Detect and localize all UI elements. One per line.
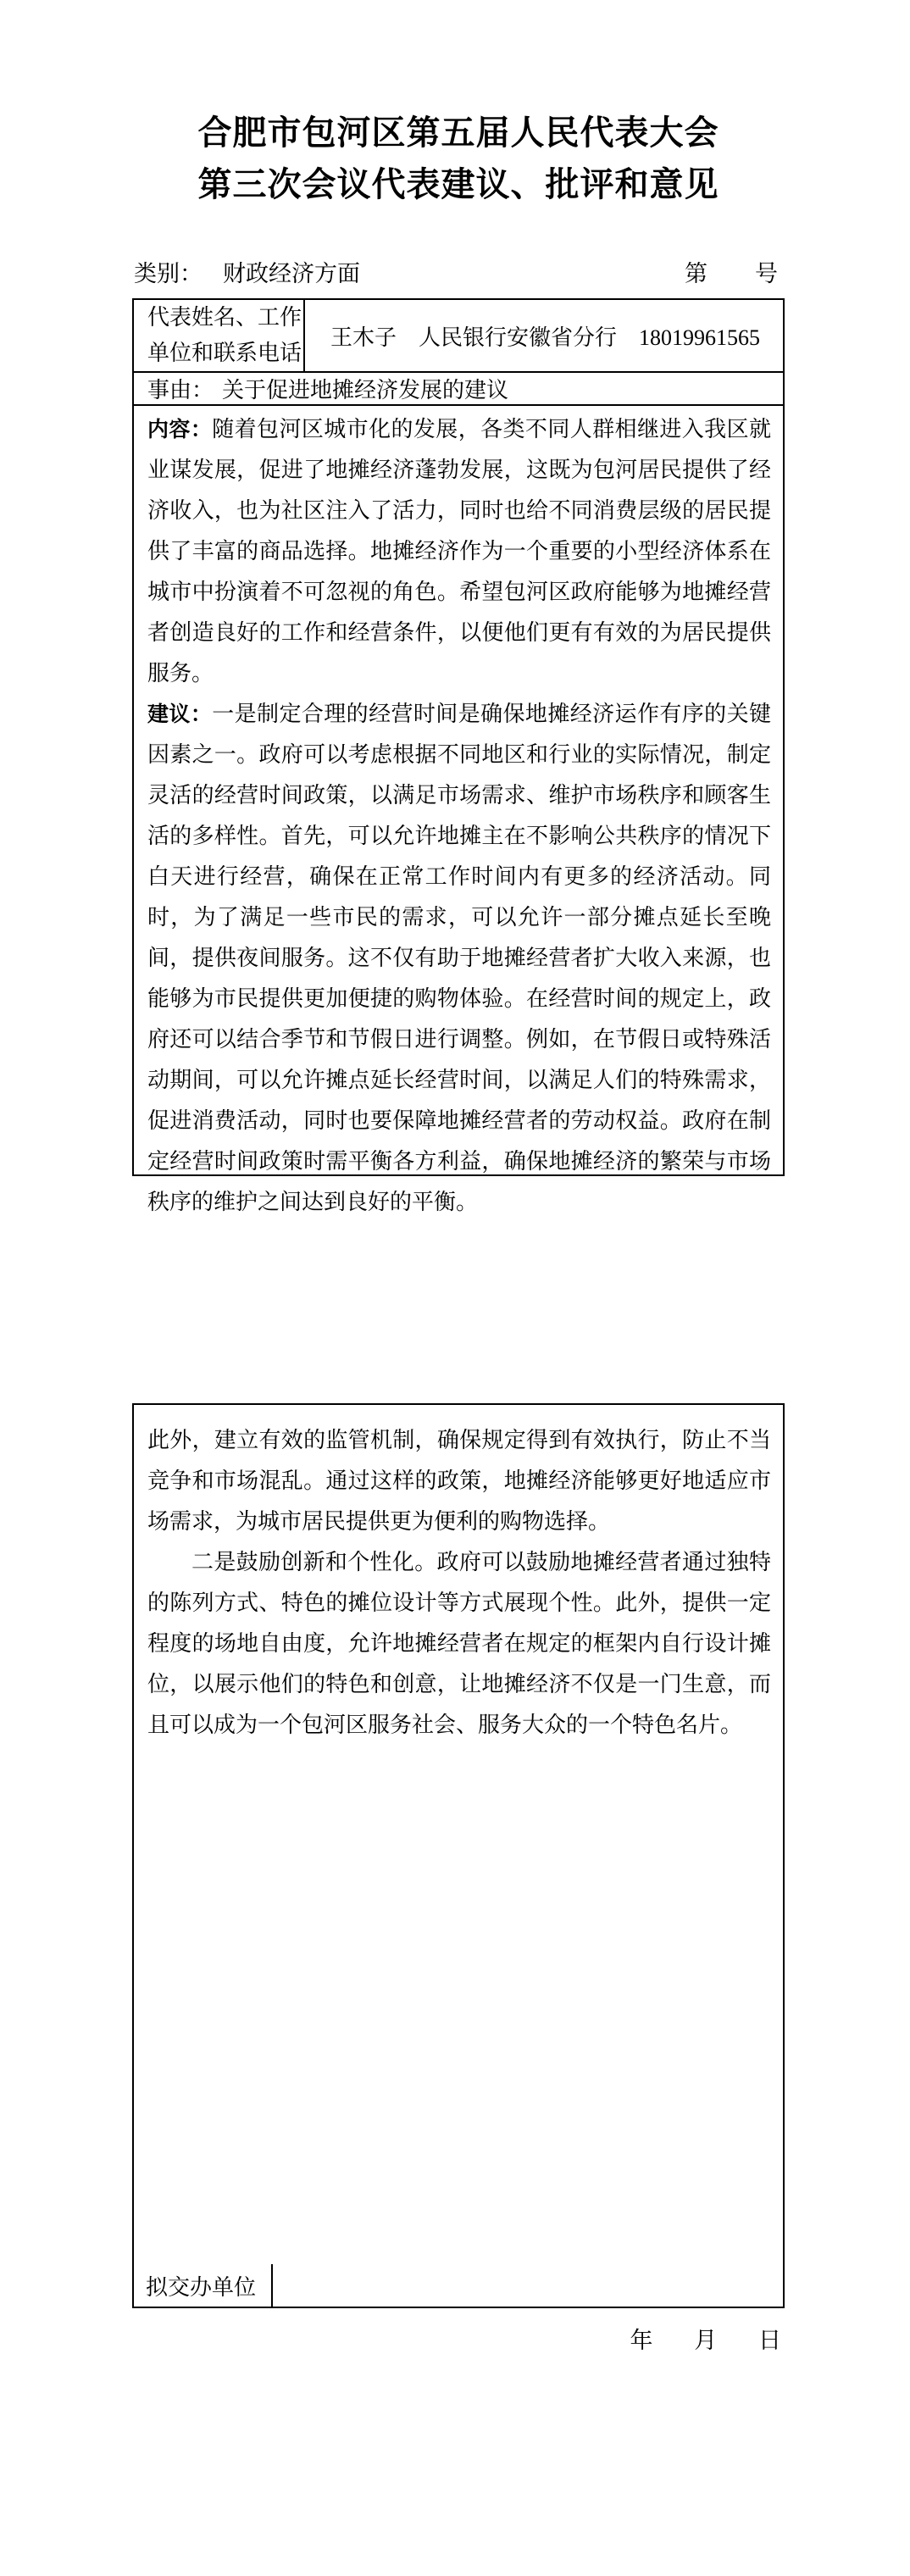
content-cell: 内容：随着包河区城市化的发展，各类不同人群相继进入我区就业谋发展，促进了地摊经济…	[134, 404, 783, 1228]
continuation-table: 此外，建立有效的监管机制，确保规定得到有效执行，防止不当竞争和市场混乱。通过这样…	[132, 1403, 785, 2308]
continuation-paragraph-1: 此外，建立有效的监管机制，确保规定得到有效执行，防止不当竞争和市场混乱。通过这样…	[147, 1420, 771, 1542]
document-number-field: 第号	[685, 259, 778, 288]
date-month-label: 月	[694, 2322, 717, 2355]
category-label: 类别：	[134, 261, 203, 286]
date-year-label: 年	[630, 2322, 653, 2355]
category-value: 财政经济方面	[223, 261, 360, 286]
representative-value-cell: 王木子 人民银行安徽省分行 18019961565	[305, 300, 783, 371]
continuation-paragraph-2: 二是鼓励创新和个性化。政府可以鼓励地摊经营者通过独特的陈列方式、特色的摊位设计等…	[147, 1542, 771, 1746]
subject-value: 关于促进地摊经济发展的建议	[222, 373, 508, 404]
suggestion-paragraph: 建议：一是制定合理的经营时间是确保地摊经济运作有序的关键因素之一。政府可以考虑根…	[147, 694, 771, 1223]
date-day-label: 日	[758, 2322, 781, 2355]
suggestion-form-table: 代表姓名、工作 单位和联系电话 王木子 人民银行安徽省分行 1801996156…	[132, 298, 785, 1176]
suggestion-label: 建议：	[147, 702, 212, 726]
content-label: 内容：	[147, 417, 212, 441]
document-title: 合肥市包河区第五届人民代表大会 第三次会议代表建议、批评和意见	[129, 107, 788, 210]
content-text: 随着包河区城市化的发展，各类不同人群相继进入我区就业谋发展，促进了地摊经济蓬勃发…	[147, 417, 771, 686]
document-title-line2: 第三次会议代表建议、批评和意见	[129, 158, 788, 210]
assign-unit-value-cell	[273, 2264, 783, 2307]
document-title-line1: 合肥市包河区第五届人民代表大会	[129, 107, 788, 158]
representative-row: 代表姓名、工作 单位和联系电话 王木子 人民银行安徽省分行 1801996156…	[134, 300, 783, 371]
date-line: 年 月 日	[132, 2322, 781, 2355]
representative-value: 王木子 人民银行安徽省分行 18019961565	[330, 320, 760, 352]
assign-unit-row: 拟交办单位	[134, 2264, 783, 2307]
document-page: 合肥市包河区第五届人民代表大会 第三次会议代表建议、批评和意见 类别：财政经济方…	[0, 0, 910, 2576]
subject-row: 事由： 关于促进地摊经济发展的建议	[134, 371, 783, 404]
representative-label-line2: 单位和联系电话	[147, 336, 303, 371]
continuation-content-cell: 此外，建立有效的监管机制，确保规定得到有效执行，防止不当竞争和市场混乱。通过这样…	[134, 1405, 783, 2264]
content-paragraph: 内容：随着包河区城市化的发展，各类不同人群相继进入我区就业谋发展，促进了地摊经济…	[147, 409, 771, 694]
meta-row: 类别：财政经济方面 第号	[134, 259, 783, 288]
assign-unit-label-cell: 拟交办单位	[134, 2264, 273, 2307]
assign-unit-label: 拟交办单位	[146, 2270, 256, 2301]
category-field: 类别：财政经济方面	[134, 259, 360, 288]
subject-label: 事由：	[147, 373, 214, 404]
doc-number-prefix: 第	[685, 261, 707, 286]
representative-label-cell: 代表姓名、工作 单位和联系电话	[134, 300, 305, 371]
representative-label-line1: 代表姓名、工作	[147, 300, 303, 336]
doc-number-suffix: 号	[755, 261, 778, 286]
suggestion-text: 一是制定合理的经营时间是确保地摊经济运作有序的关键因素之一。政府可以考虑根据不同…	[147, 702, 771, 1214]
